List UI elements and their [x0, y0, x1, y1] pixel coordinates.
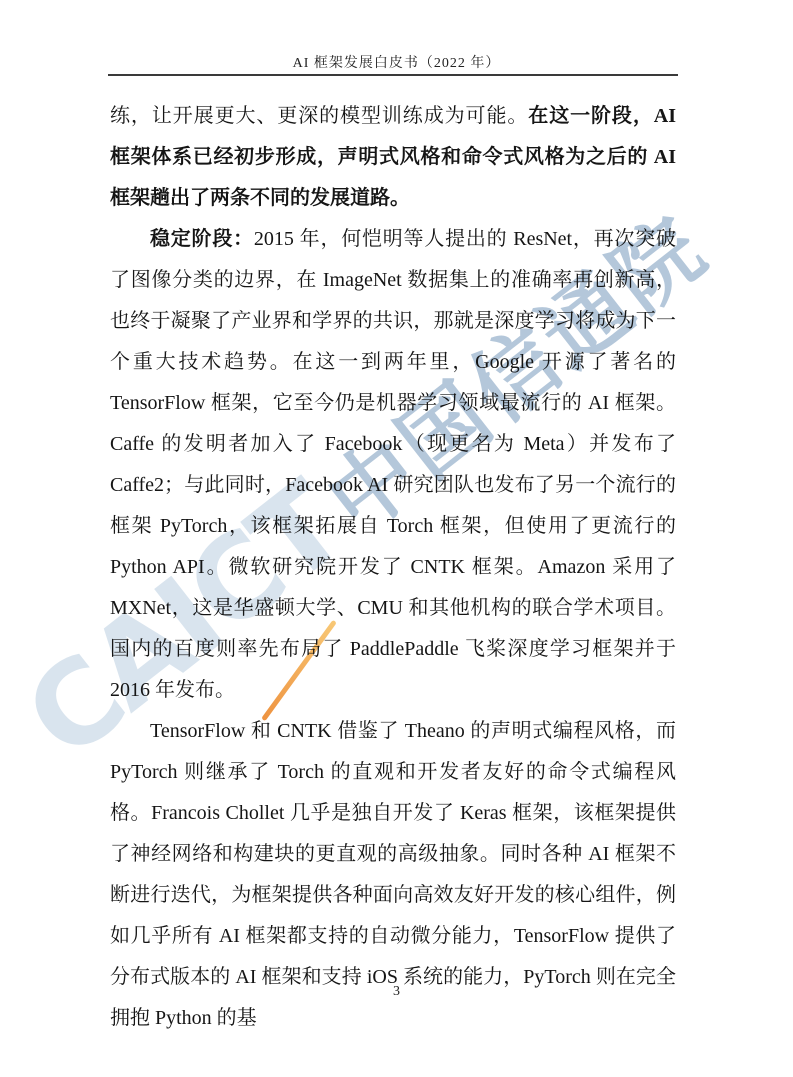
document-page: AI 框架发展白皮书（2022 年） CAICT 中国信通院 练，让开展更大、更… — [0, 0, 793, 1077]
paragraph: TensorFlow 和 CNTK 借鉴了 Theano 的声明式编程风格，而 … — [110, 711, 676, 1039]
text-run: 练，让开展更大、更深的模型训练成为可能。 — [110, 105, 528, 127]
text-run: 2015 年，何恺明等人提出的 ResNet，再次突破了图像分类的边界，在 Im… — [110, 228, 676, 701]
text-run: TensorFlow 和 CNTK 借鉴了 Theano 的声明式编程风格，而 … — [110, 720, 676, 1029]
bold-text-run: 稳定阶段： — [150, 228, 254, 250]
paragraph: 练，让开展更大、更深的模型训练成为可能。在这一阶段，AI 框架体系已经初步形成，… — [110, 96, 676, 219]
body-text: 练，让开展更大、更深的模型训练成为可能。在这一阶段，AI 框架体系已经初步形成，… — [110, 96, 676, 1039]
header-rule — [108, 74, 678, 76]
paragraph: 稳定阶段：2015 年，何恺明等人提出的 ResNet，再次突破了图像分类的边界… — [110, 219, 676, 711]
page-header-title: AI 框架发展白皮书（2022 年） — [0, 52, 793, 72]
